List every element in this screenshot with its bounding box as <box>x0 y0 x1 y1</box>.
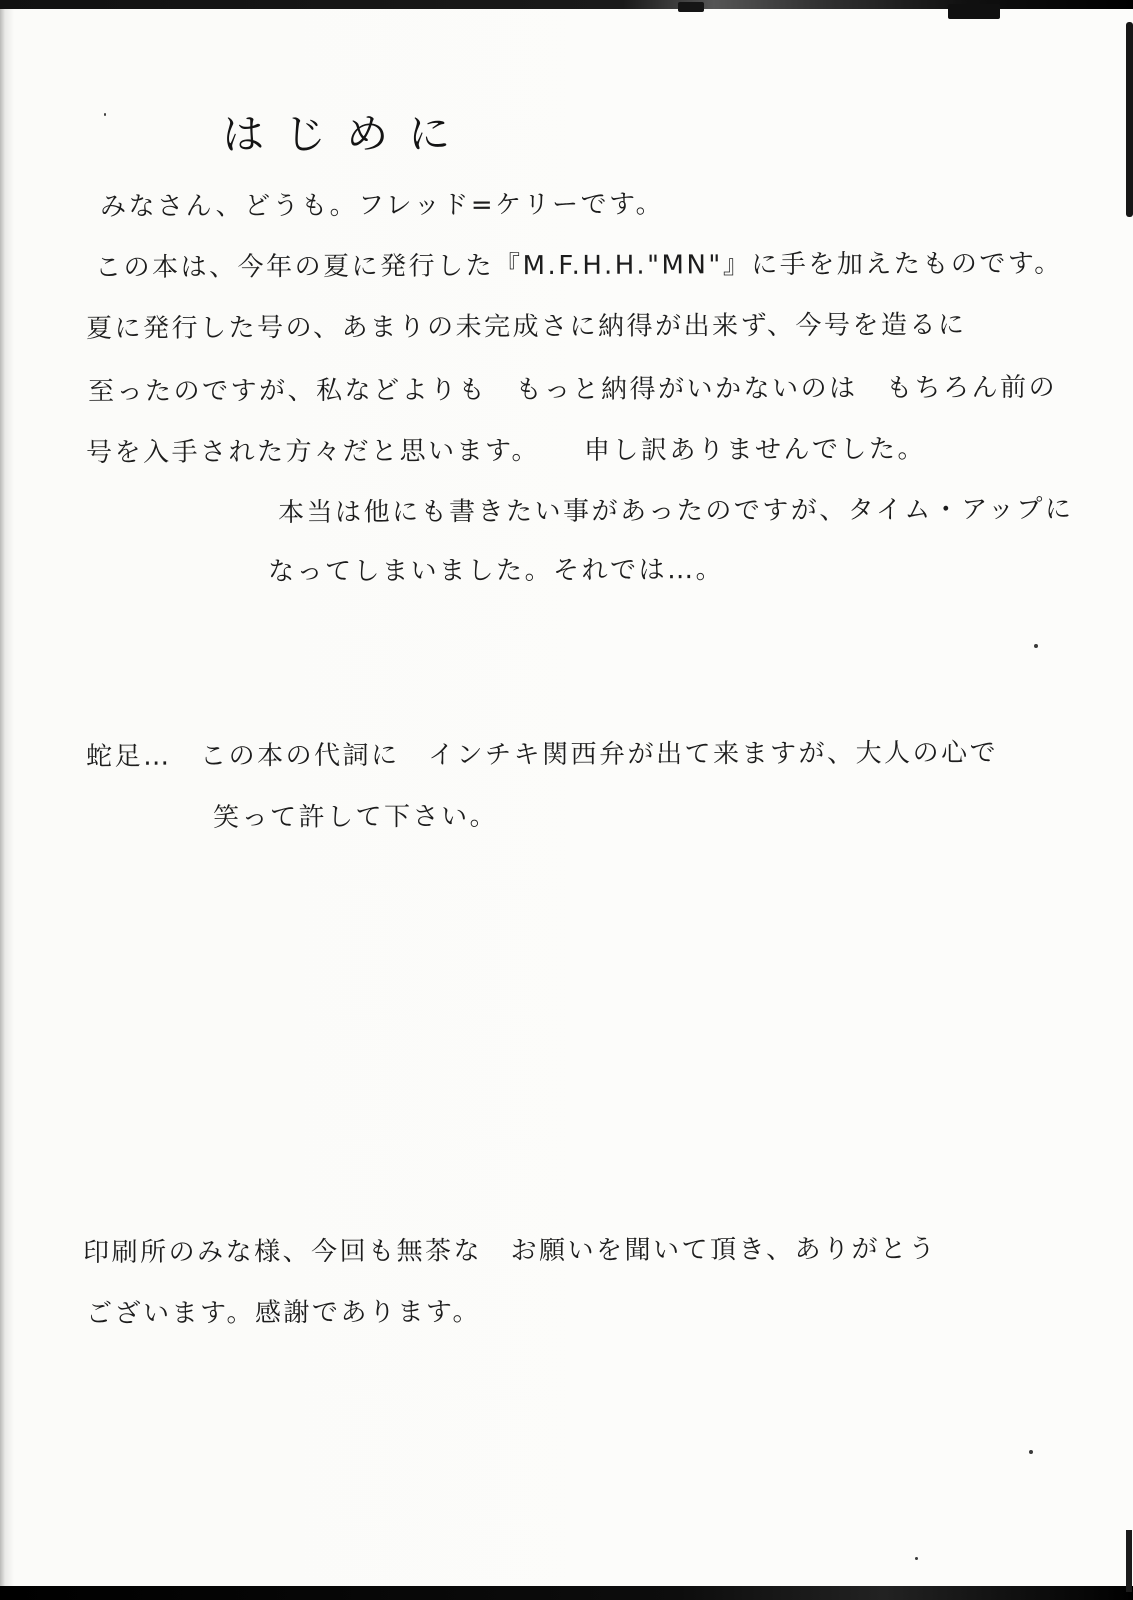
handwritten-line-postscript-2: 笑って許して下さい。 <box>213 796 498 834</box>
handwritten-line-closing: なってしまいました。それでは…。 <box>268 549 724 588</box>
handwritten-line-printer-thanks: 印刷所のみな様、今回も無茶な お願いを聞いて頂き、ありがとう <box>83 1228 937 1269</box>
handwritten-line-greeting: みなさん、どうも。フレッド=ケリーです。 <box>100 184 664 223</box>
dust-speck <box>104 113 106 116</box>
dust-speck <box>1029 1450 1033 1454</box>
handwritten-line-apology: 号を入手された方々だと思います。 申し訳ありませんでした。 <box>86 428 926 469</box>
dust-speck <box>915 1557 918 1560</box>
scan-artifact-top-blob <box>948 4 1000 19</box>
dust-speck <box>1034 644 1038 648</box>
handwritten-line-postscript: 蛇足… この本の代詞に インチキ関西弁が出て来ますが、大人の心で <box>86 732 998 773</box>
scan-artifact-top-blob-small <box>678 2 704 12</box>
handwritten-line-dissatisfaction: 至ったのですが、私などよりも もっと納得がいかないのは もちろん前の <box>88 367 1057 408</box>
scanned-page: はじめに みなさん、どうも。フレッド=ケリーです。 この本は、今年の夏に発行した… <box>0 0 1133 1600</box>
scan-artifact-right-line-lower <box>1126 1530 1132 1592</box>
scan-artifact-bottom-bar <box>0 1586 1133 1600</box>
handwritten-line-about-book: この本は、今年の夏に発行した『M.F.H.H."MN"』に手を加えたものです。 <box>95 243 1063 284</box>
handwritten-line-printer-thanks-2: ございます。感謝であります。 <box>86 1291 481 1330</box>
handwritten-line-time-up: 本当は他にも書きたい事があったのですが、タイム・アップに <box>278 489 1074 529</box>
scan-artifact-right-line <box>1126 22 1133 217</box>
page-title: はじめに <box>222 101 470 162</box>
handwritten-line-summer-issue: 夏に発行した号の、あまりの未完成さに納得が出来ず、今号を造るに <box>86 304 967 345</box>
